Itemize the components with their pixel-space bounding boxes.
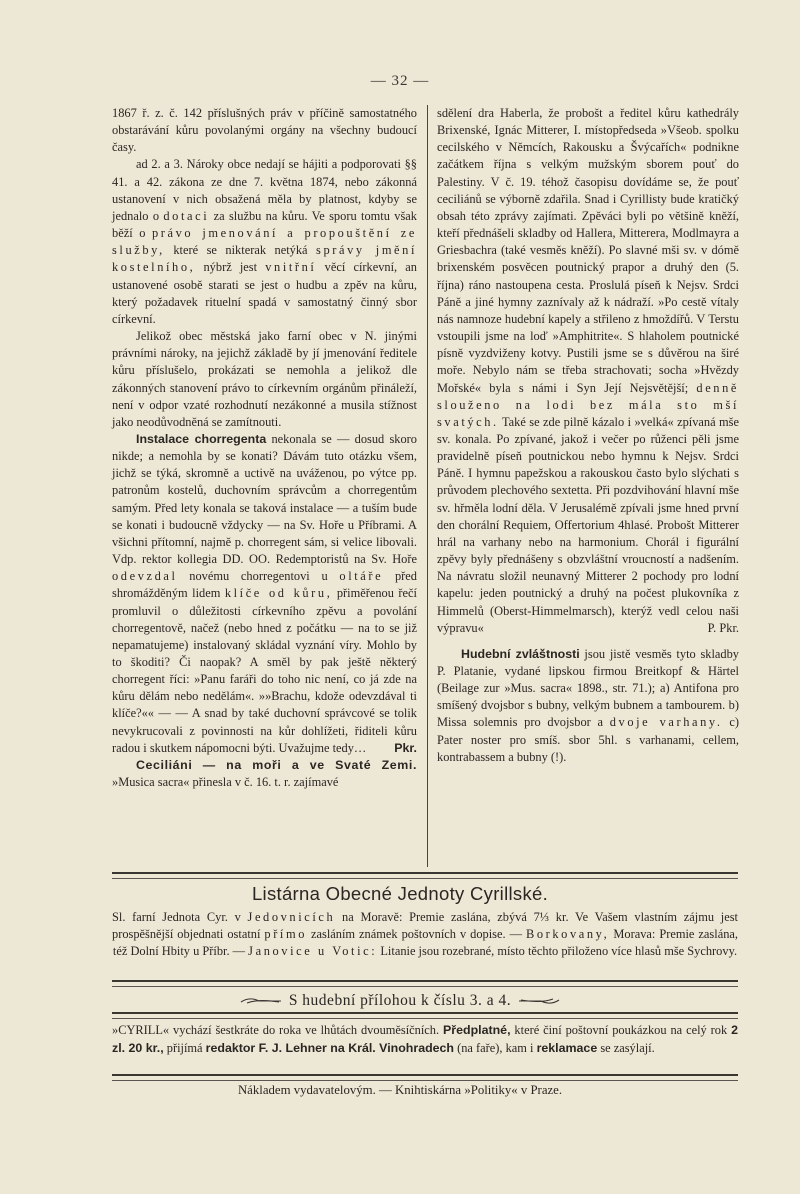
- right-flourish-icon: [517, 996, 561, 1006]
- right-column: sdělení dra Haberla, že probošt a ředite…: [437, 105, 739, 766]
- subscription-text: »CYRILL« vychází šestkráte do roka ve lh…: [112, 1022, 738, 1057]
- subscription-info: »CYRILL« vychází šestkráte do roka ve lh…: [112, 1022, 738, 1057]
- section-divider: [112, 1074, 738, 1081]
- section-divider: [112, 1012, 738, 1019]
- article-columns: 1867 ř. z. č. 142 příslušných práv v pří…: [112, 105, 738, 868]
- paragraph: 1867 ř. z. č. 142 příslušných práv v pří…: [112, 105, 417, 156]
- section-divider: [112, 872, 738, 879]
- left-flourish-icon: [239, 996, 283, 1006]
- section-heading: Ceciliáni — na moři a ve Svaté Zemi.: [136, 758, 417, 772]
- page-number: — 32 —: [0, 73, 800, 90]
- notice-title: Listárna Obecné Jednoty Cyrillské.: [0, 883, 800, 905]
- section-heading: Hudební zvláštnosti: [461, 647, 580, 661]
- left-column: 1867 ř. z. č. 142 příslušných práv v pří…: [112, 105, 417, 791]
- printer-imprint: Nákladem vydavatelovým. — Knihtiskárna »…: [0, 1083, 800, 1098]
- section-divider: [112, 980, 738, 987]
- notice-body: Sl. farní Jednota Cyr. v Jedovnicích na …: [112, 909, 738, 960]
- paragraph: Hudební zvláštnosti jsou jistě vesměs ty…: [437, 646, 739, 766]
- paragraph: Jelikož obec městská jako farní obec v N…: [112, 328, 417, 431]
- signature: Pkr.: [370, 740, 417, 757]
- paragraph: Ceciliáni — na moři a ve Svaté Zemi. »Mu…: [112, 757, 417, 791]
- paragraph: ad 2. a 3. Nároky obce nedají se hájiti …: [112, 156, 417, 328]
- section-heading: Instalace chorregenta: [136, 432, 266, 446]
- column-divider: [427, 105, 428, 867]
- signature: P. Pkr.: [708, 620, 739, 637]
- notice-text: Sl. farní Jednota Cyr. v Jedovnicích na …: [112, 909, 738, 960]
- paragraph: Instalace chorregenta nekonala se — dosu…: [112, 431, 417, 757]
- supplement-line: S hudební přílohou k číslu 3. a 4.: [0, 992, 800, 1010]
- paragraph: sdělení dra Haberla, že probošt a ředite…: [437, 105, 739, 637]
